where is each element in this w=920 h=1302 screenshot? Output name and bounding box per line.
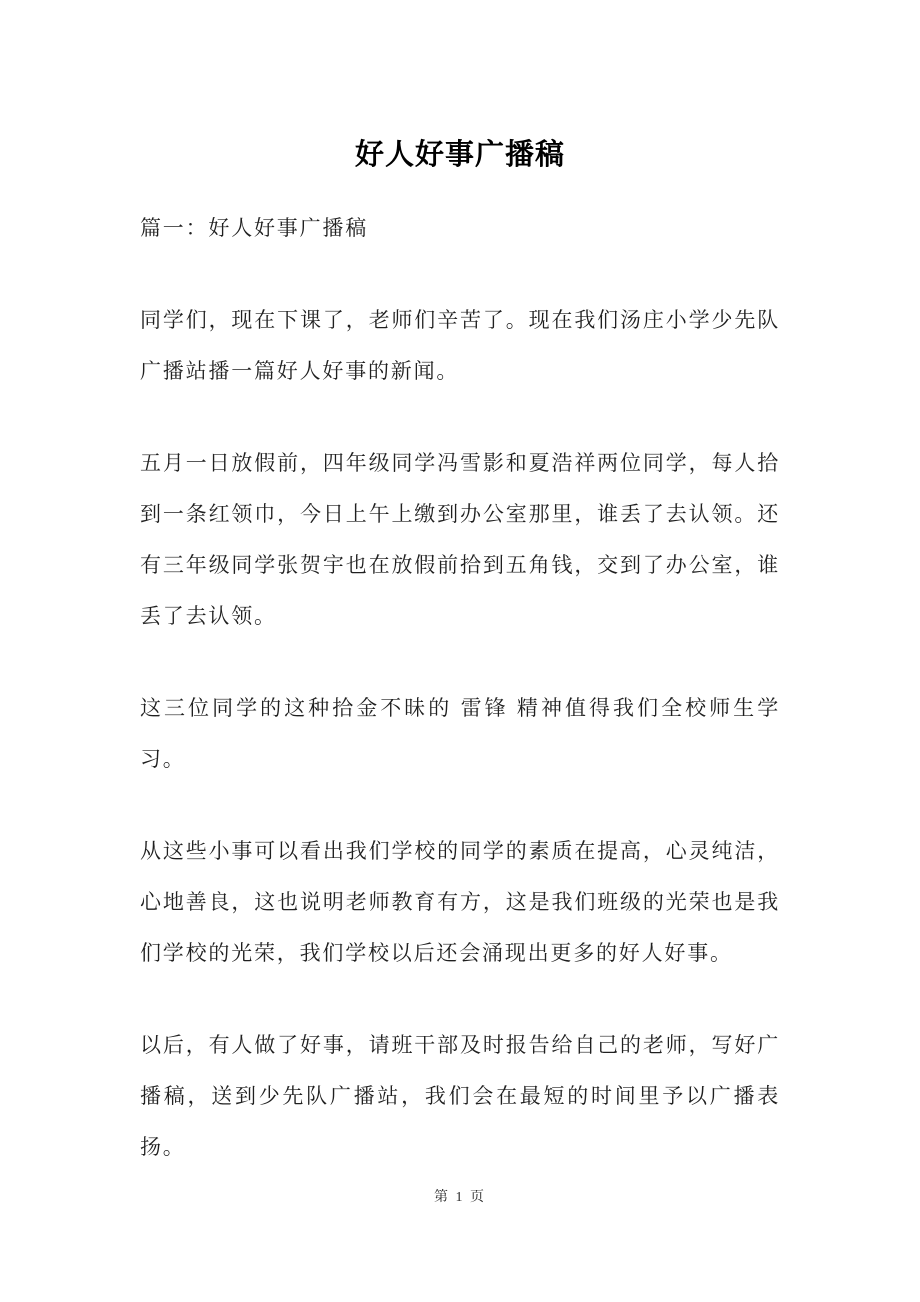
- document-content: 好人好事广播稿 篇一：好人好事广播稿 同学们，现在下课了，老师们辛苦了。现在我们…: [140, 0, 780, 1173]
- document-page: 好人好事广播稿 篇一：好人好事广播稿 同学们，现在下课了，老师们辛苦了。现在我们…: [0, 0, 920, 1302]
- body-paragraph: 同学们，现在下课了，老师们辛苦了。现在我们汤庄小学少先队广播站播一篇好人好事的新…: [140, 295, 780, 397]
- body-paragraph: 从这些小事可以看出我们学校的同学的素质在提高，心灵纯洁，心地善良，这也说明老师教…: [140, 826, 780, 979]
- body-paragraph: 五月一日放假前，四年级同学冯雪影和夏浩祥两位同学，每人拾到一条红领巾，今日上午上…: [140, 438, 780, 642]
- document-title: 好人好事广播稿: [140, 135, 780, 175]
- page-number-label: 第 1 页: [434, 1190, 486, 1205]
- body-paragraph: 以后，有人做了好事，请班干部及时报告给自己的老师，写好广播稿，送到少先队广播站，…: [140, 1020, 780, 1173]
- page-footer: 第 1 页: [0, 1188, 920, 1208]
- section-heading: 篇一：好人好事广播稿: [140, 203, 780, 254]
- body-paragraph: 这三位同学的这种拾金不昧的 雷锋 精神值得我们全校师生学习。: [140, 683, 780, 785]
